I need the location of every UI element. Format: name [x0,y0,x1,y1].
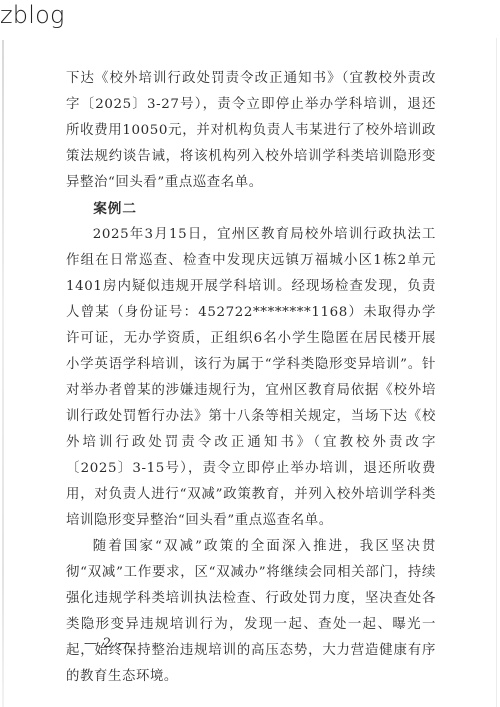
paragraph-case-two: 2025年3月15日，宜州区教育局校外培训行政执法工作组在日常巡查、检查中发现庆… [66,222,436,534]
section-heading-case-two: 案例二 [66,196,436,222]
scan-edge-left [2,40,4,707]
page-number: — 2 — [84,636,132,651]
scan-edge-right [496,38,497,707]
paragraph-case-one-conclusion: 下达《校外培训行政处罚责令改正通知书》（宜教校外责改字〔2025〕3-27号），… [66,66,436,196]
paragraph-closing: 随着国家“双减”政策的全面深入推进，我区坚决贯彻“双减”工作要求，区“双减办”将… [66,534,436,690]
site-watermark: zblog [0,0,65,30]
document-page: 下达《校外培训行政处罚责令改正通知书》（宜教校外责改字〔2025〕3-27号），… [66,66,436,690]
